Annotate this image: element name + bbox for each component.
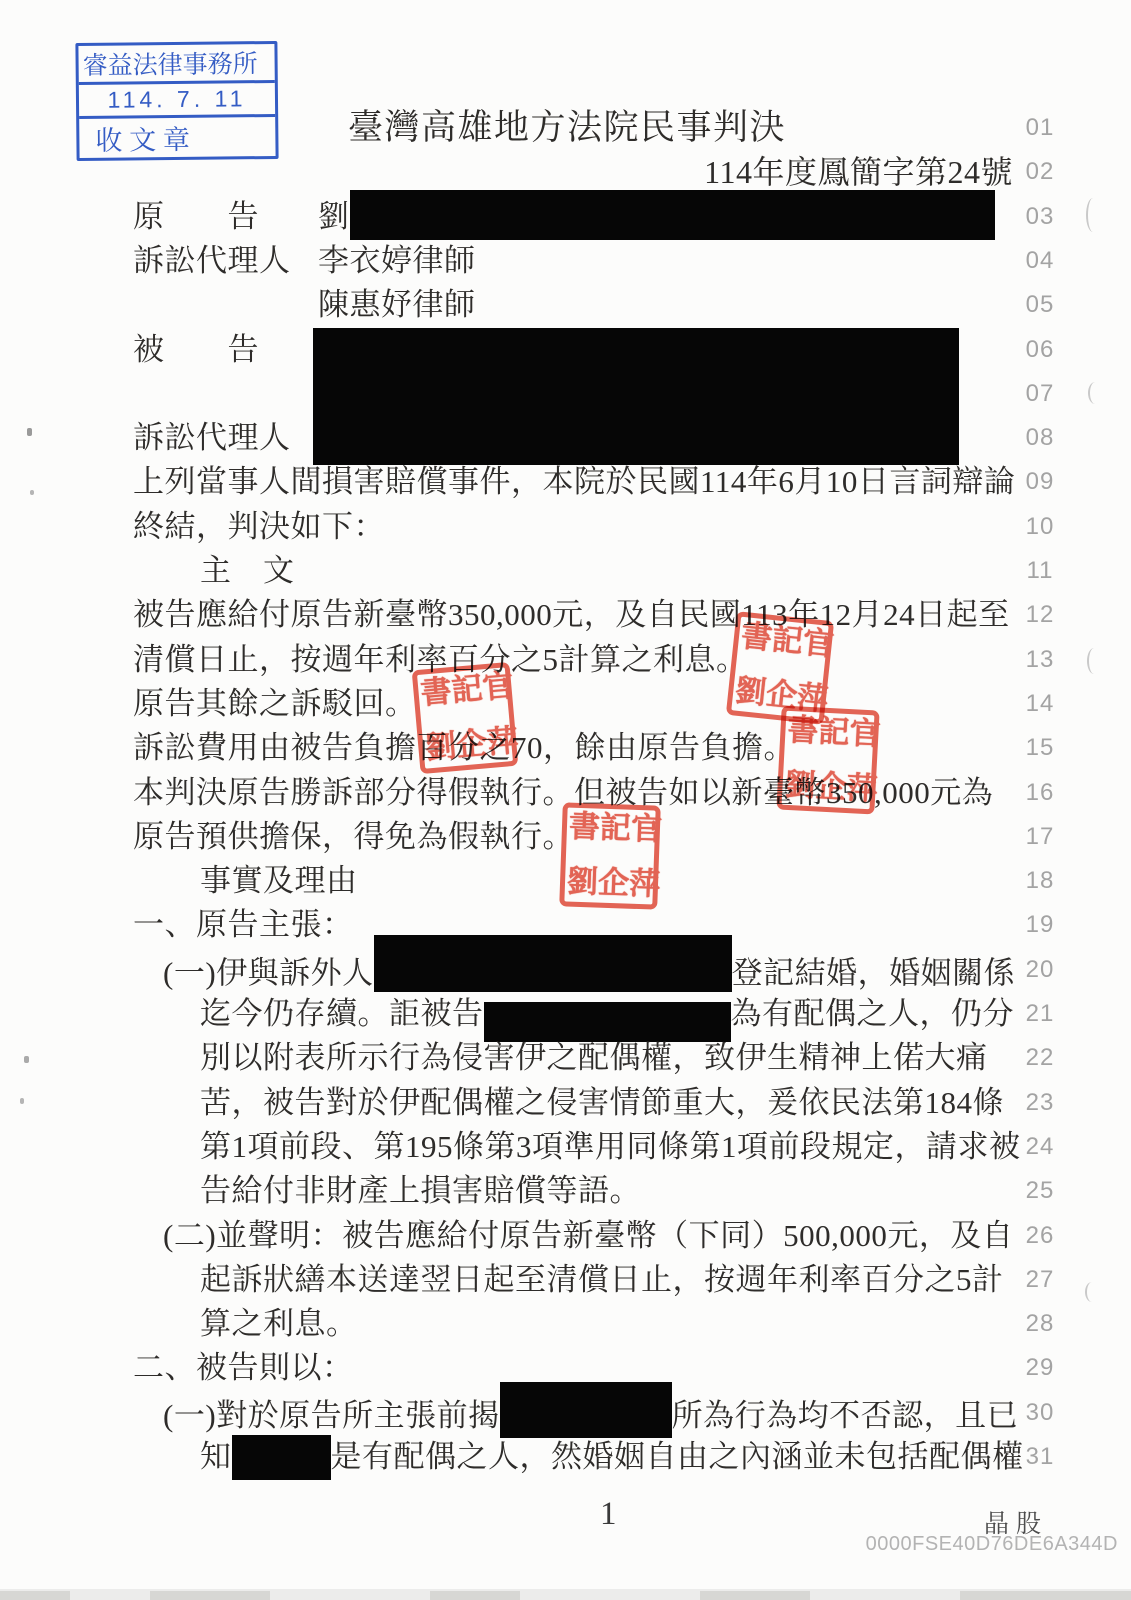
clerk-seal-name: 劉企萍 <box>784 769 870 806</box>
line-number: 05 <box>1014 283 1066 327</box>
clerk-seal-name: 劉企萍 <box>424 726 511 766</box>
text-line: 被 告 <box>133 328 318 372</box>
clerk-seal-title: 書記官 <box>787 714 873 751</box>
line-number: 04 <box>1014 239 1066 283</box>
line-number: 18 <box>1014 859 1066 903</box>
line-number: 26 <box>1014 1214 1066 1258</box>
text-segment: 陳惠妤律師 <box>318 287 476 322</box>
text-line: 原 告劉 <box>133 195 995 239</box>
text-segment: 李衣婷律師 <box>318 243 476 278</box>
scan-artifact <box>1086 198 1100 232</box>
text-line <box>133 372 318 416</box>
text-segment: 是有配偶之人，然婚姻自由之內涵並未包括配偶權 <box>331 1439 1024 1474</box>
text-segment: 劉 <box>318 199 350 234</box>
text-segment: (一)對於原告所主張前揭 <box>163 1398 500 1433</box>
clerk-seal-name: 劉企萍 <box>566 866 651 901</box>
scan-artifact <box>1088 382 1102 404</box>
clerk-seal: 書記官劉企萍 <box>412 662 519 774</box>
text-segment: 事實及理由 <box>200 863 358 898</box>
text-segment: 起訴狀繕本送達翌日起至清償日止，按週年利率百分之5計 <box>200 1262 1004 1297</box>
text-line: 告給付非財產上損害賠償等語。 <box>200 1169 641 1213</box>
line-number: 06 <box>1014 328 1066 372</box>
scan-edge-shadow <box>0 1591 70 1600</box>
scan-artifact <box>20 1098 24 1104</box>
clerk-seal: 書記官劉企萍 <box>559 802 661 909</box>
text-segment: 上列當事人間損害賠償事件，本院於民國114年6月10日言詞辯論 <box>133 464 1015 499</box>
text-segment: 迄今仍存續。詎被告 <box>200 996 484 1031</box>
text-segment: 登記結婚，婚姻關係 <box>732 955 1016 990</box>
text-line: 事實及理由 <box>200 859 358 903</box>
line-number: 10 <box>1014 505 1066 549</box>
redaction-box <box>500 1382 672 1438</box>
clerk-seal-title: 書記官 <box>739 620 826 661</box>
line-number: 16 <box>1014 771 1066 815</box>
line-number: 12 <box>1014 593 1066 637</box>
scan-edge-shadow <box>150 1591 270 1600</box>
line-number: 23 <box>1014 1081 1066 1125</box>
scanned-court-judgment-page: 睿益法律事務所 114. 7. 11 收 文 章 臺灣高雄地方法院民事判決011… <box>0 0 1131 1600</box>
text-line: 原告其餘之訴駁回。 <box>133 682 417 726</box>
footer-document-id: 0000FSE40D76DE6A344D <box>860 1533 1118 1556</box>
text-line: 苦，被告對於伊配偶權之侵害情節重大，爰依民法第184條 <box>200 1081 1004 1125</box>
redaction-box <box>374 935 732 992</box>
line-number: 02 <box>1014 150 1066 194</box>
text-line: 被告應給付原告新臺幣350,000元，及自民國113年12月24日起至 <box>133 593 1010 637</box>
line-number: 14 <box>1014 682 1066 726</box>
line-number: 17 <box>1014 815 1066 859</box>
scan-artifact <box>1087 648 1101 674</box>
text-segment: 主 文 <box>200 553 295 588</box>
scan-artifact <box>24 1056 29 1063</box>
line-number: 15 <box>1014 726 1066 770</box>
clerk-seal-title: 書記官 <box>568 811 653 846</box>
text-segment: 一、原告主張： <box>133 907 354 942</box>
line-number: 07 <box>1014 372 1066 416</box>
line-number: 28 <box>1014 1302 1066 1346</box>
redaction-box <box>350 190 995 240</box>
text-segment: 二、被告則以： <box>133 1350 354 1385</box>
line-number: 22 <box>1014 1036 1066 1080</box>
scan-edge-shadow <box>700 1591 810 1600</box>
text-line: 陳惠妤律師 <box>133 283 476 327</box>
text-line: 原告預供擔保，得免為假執行。 <box>133 815 574 859</box>
receipt-stamp-office: 睿益法律事務所 <box>78 44 274 85</box>
line-number: 25 <box>1014 1169 1066 1213</box>
text-segment: 算之利息。 <box>200 1306 358 1341</box>
text-line: (一)伊與訴外人登記結婚，婚姻關係 <box>163 948 1015 992</box>
text-line: 臺灣高雄地方法院民事判決 <box>348 106 786 150</box>
line-number: 24 <box>1014 1125 1066 1169</box>
text-line: 算之利息。 <box>200 1302 358 1346</box>
text-line: 二、被告則以： <box>133 1346 354 1390</box>
text-line: (二)並聲明：被告應給付原告新臺幣（下同）500,000元，及自 <box>163 1214 1013 1258</box>
line-number: 09 <box>1014 460 1066 504</box>
text-line: (一)對於原告所主張前揭所為行為均不否認，且已 <box>163 1391 1018 1435</box>
text-segment: 知 <box>200 1439 232 1474</box>
clerk-seal-title: 書記官 <box>419 671 506 711</box>
text-segment: 第1項前段、第195條第3項準用同條第1項前段規定，請求被 <box>200 1129 1021 1164</box>
footer-page-number: 1 <box>600 1496 617 1533</box>
text-line: 起訴狀繕本送達翌日起至清償日止，按週年利率百分之5計 <box>200 1258 1004 1302</box>
scan-artifact <box>27 428 32 436</box>
party-label: 訴訟代理人 <box>133 239 318 283</box>
text-segment: 原告預供擔保，得免為假執行。 <box>133 819 574 854</box>
party-label: 訴訟代理人 <box>133 416 318 460</box>
party-label: 原 告 <box>133 195 318 239</box>
text-segment: 終結，判決如下： <box>133 509 385 544</box>
receipt-stamp-date: 114. 7. 11 <box>79 83 275 116</box>
scan-edge-shadow <box>960 1591 1131 1600</box>
party-label: 被 告 <box>133 328 318 372</box>
text-line: 別以附表所示行為侵害伊之配偶權，致伊生精神上偌大痛 <box>200 1036 988 1080</box>
text-segment: (一)伊與訴外人 <box>163 955 374 990</box>
line-number: 27 <box>1014 1258 1066 1302</box>
scan-artifact <box>30 490 34 495</box>
line-number: 13 <box>1014 638 1066 682</box>
line-number: 03 <box>1014 195 1066 239</box>
text-line: 終結，判決如下： <box>133 505 385 549</box>
text-segment: 為有配偶之人，仍分 <box>731 996 1015 1031</box>
text-segment: (二)並聲明：被告應給付原告新臺幣（下同）500,000元，及自 <box>163 1218 1013 1253</box>
text-segment: 原告其餘之訴駁回。 <box>133 686 417 721</box>
text-line: 上列當事人間損害賠償事件，本院於民國114年6月10日言詞辯論 <box>133 460 1015 504</box>
receipt-stamp: 睿益法律事務所 114. 7. 11 收 文 章 <box>75 41 278 161</box>
text-segment: 所為行為均不否認，且已 <box>672 1398 1019 1433</box>
text-segment: 臺灣高雄地方法院民事判決 <box>348 108 786 147</box>
text-segment: 別以附表所示行為侵害伊之配偶權，致伊生精神上偌大痛 <box>200 1040 988 1075</box>
text-line: 訴訟代理人 <box>133 416 318 460</box>
text-segment: 被告應給付原告新臺幣350,000元，及自民國113年12月24日起至 <box>133 597 1010 632</box>
text-segment: 苦，被告對於伊配偶權之侵害情節重大，爰依民法第184條 <box>200 1085 1004 1120</box>
redaction-box <box>313 328 959 465</box>
line-number: 08 <box>1014 416 1066 460</box>
line-number: 19 <box>1014 903 1066 947</box>
line-number: 20 <box>1014 948 1066 992</box>
scan-edge-shadow <box>430 1591 520 1600</box>
line-number: 31 <box>1014 1435 1066 1479</box>
scan-artifact <box>1085 1282 1099 1302</box>
clerk-seal: 書記官劉企萍 <box>776 706 879 815</box>
text-line: 迄今仍存續。詎被告為有配偶之人，仍分 <box>200 992 1014 1036</box>
line-number: 11 <box>1014 549 1066 593</box>
line-number: 21 <box>1014 992 1066 1036</box>
text-line: 訴訟代理人李衣婷律師 <box>133 239 476 283</box>
text-line: 主 文 <box>200 549 295 593</box>
text-line: 一、原告主張： <box>133 903 354 947</box>
redaction-box <box>232 1435 331 1480</box>
text-line: 第1項前段、第195條第3項準用同條第1項前段規定，請求被 <box>200 1125 1021 1169</box>
text-segment: 告給付非財產上損害賠償等語。 <box>200 1173 641 1208</box>
text-segment: 114年度鳳簡字第24號 <box>704 154 1013 190</box>
text-line: 114年度鳳簡字第24號 <box>133 150 1013 194</box>
line-number: 29 <box>1014 1346 1066 1390</box>
text-line: 知是有配偶之人，然婚姻自由之內涵並未包括配偶權 <box>200 1435 1024 1479</box>
line-number: 01 <box>1014 106 1066 150</box>
line-number: 30 <box>1014 1391 1066 1435</box>
